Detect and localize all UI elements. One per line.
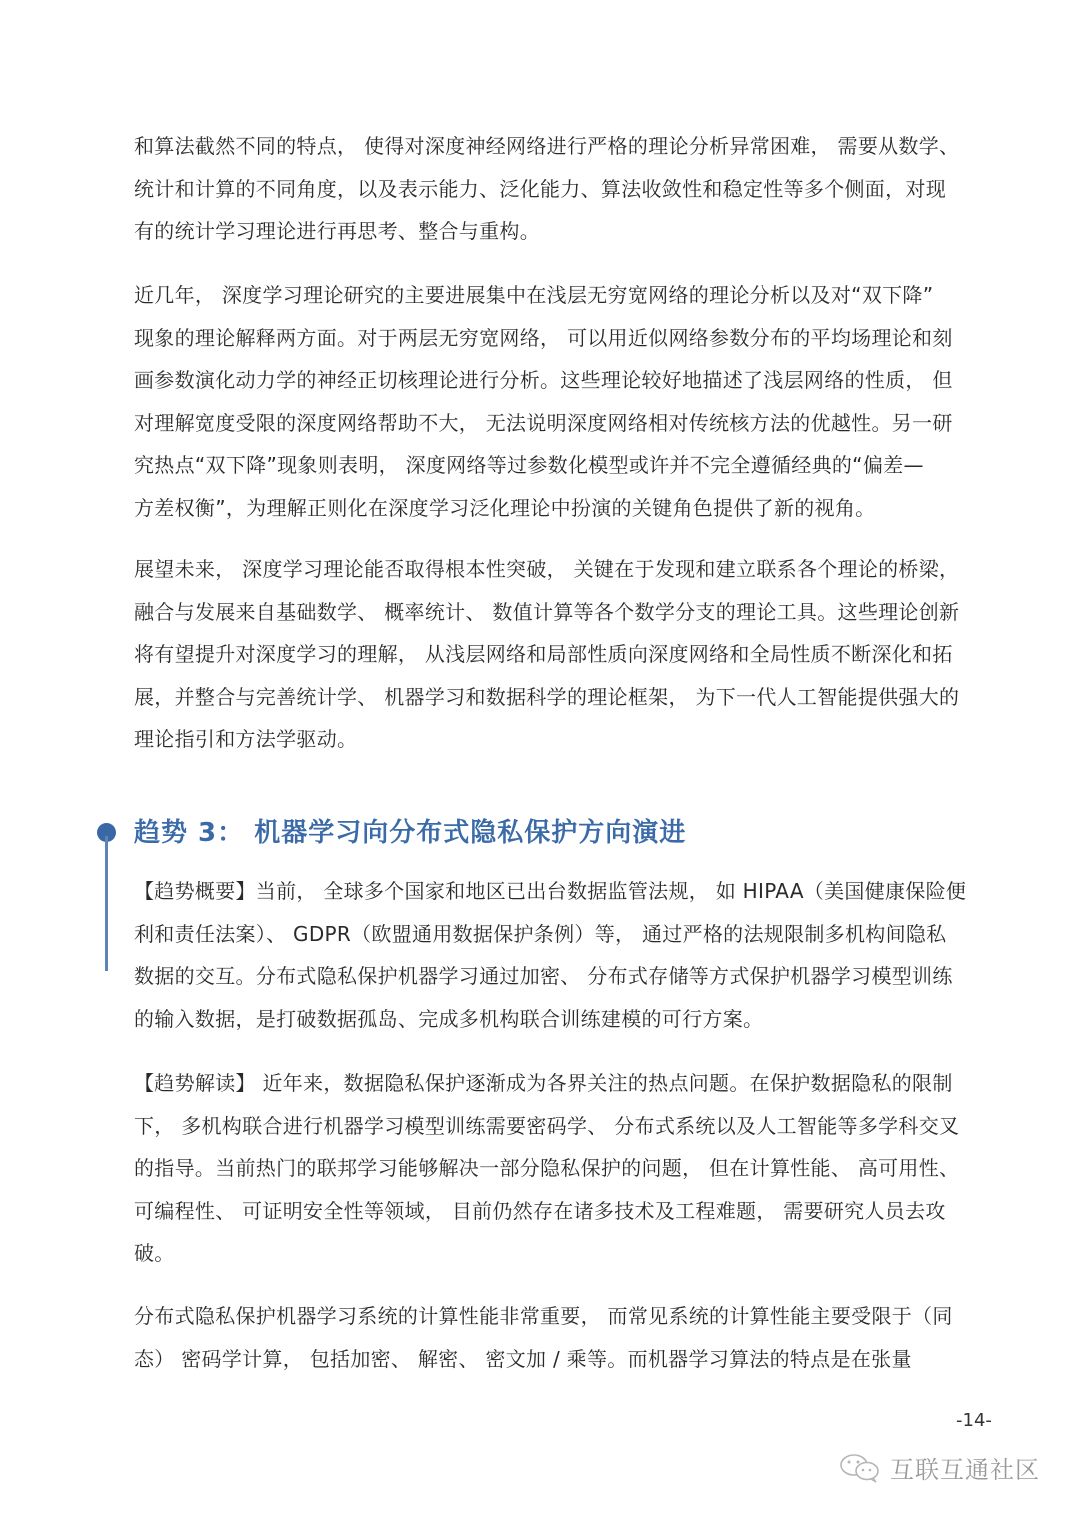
text-line: 态） 密码学计算， 包括加密、 解密、 密文加 / 乘等。而机器学习算法的特点是…: [134, 1338, 980, 1381]
wechat-icon: [838, 1452, 882, 1484]
text-line: 融合与发展来自基础数学、 概率统计、 数值计算等各个数学分支的理论工具。这些理论…: [134, 591, 980, 634]
text-line: 分布式隐私保护机器学习系统的计算性能非常重要， 而常见系统的计算性能主要受限于（…: [134, 1295, 980, 1338]
text-line: 展，并整合与完善统计学、 机器学习和数据科学的理论框架， 为下一代人工智能提供强…: [134, 676, 980, 719]
text-line: 究热点“双下降”现象则表明， 深度网络等过参数化模型或许并不完全遵循经典的“偏差…: [134, 444, 980, 487]
text-line: 可编程性、 可证明安全性等领域， 目前仍然存在诸多技术及工程难题， 需要研究人员…: [134, 1190, 980, 1233]
text-line: 方差权衡”，为理解正则化在深度学习泛化理论中扮演的关键角色提供了新的视角。: [134, 487, 980, 530]
text-line: 展望未来， 深度学习理论能否取得根本性突破， 关键在于发现和建立联系各个理论的桥…: [134, 548, 980, 591]
watermark-text: 互联互通社区: [890, 1450, 1040, 1485]
text-line: 将有望提升对深度学习的理解， 从浅层网络和局部性质向深度网络和全局性质不断深化和…: [134, 633, 980, 676]
text-line: 【趋势概要】当前， 全球多个国家和地区已出台数据监管法规， 如 HIPAA（美国…: [134, 870, 980, 913]
watermark: 互联互通社区: [838, 1450, 1040, 1485]
text-line: 【趋势解读】 近年来，数据隐私保护逐渐成为各界关注的热点问题。在保护数据隐私的限…: [134, 1062, 980, 1105]
paragraph-theory-difficulty: 和算法截然不同的特点， 使得对深度神经网络进行严格的理论分析异常困难， 需要从数…: [134, 125, 980, 253]
text-line: 现象的理论解释两方面。对于两层无穷宽网络， 可以用近似网络参数分布的平均场理论和…: [134, 317, 980, 360]
text-line: 近几年， 深度学习理论研究的主要进展集中在浅层无穷宽网络的理论分析以及对“双下降…: [134, 274, 980, 317]
paragraph-recent-progress: 近几年， 深度学习理论研究的主要进展集中在浅层无穷宽网络的理论分析以及对“双下降…: [134, 274, 980, 529]
text-line: 有的统计学习理论进行再思考、整合与重构。: [134, 210, 980, 253]
text-line: 理论指引和方法学驱动。: [134, 718, 980, 761]
text-line: 利和责任法案）、 GDPR（欧盟通用数据保护条例）等， 通过严格的法规限制多机构…: [134, 913, 980, 956]
paragraph-trend-interpretation: 【趋势解读】 近年来，数据隐私保护逐渐成为各界关注的热点问题。在保护数据隐私的限…: [134, 1062, 980, 1275]
text-line: 数据的交互。分布式隐私保护机器学习通过加密、 分布式存储等方式保护机器学习模型训…: [134, 955, 980, 998]
page-number: -14-: [956, 1410, 992, 1431]
paragraph-compute-performance: 分布式隐私保护机器学习系统的计算性能非常重要， 而常见系统的计算性能主要受限于（…: [134, 1295, 980, 1380]
text-line: 的指导。当前热门的联邦学习能够解决一部分隐私保护的问题， 但在计算性能、 高可用…: [134, 1147, 980, 1190]
text-line: 画参数演化动力学的神经正切核理论进行分析。这些理论较好地描述了浅层网络的性质， …: [134, 359, 980, 402]
section-heading: 趋势 3： 机器学习向分布式隐私保护方向演进: [134, 812, 686, 849]
text-line: 对理解宽度受限的深度网络帮助不大， 无法说明深度网络相对传统核方法的优越性。另一…: [134, 402, 980, 445]
timeline-bar: [105, 836, 108, 971]
text-line: 的输入数据，是打破数据孤岛、完成多机构联合训练建模的可行方案。: [134, 998, 980, 1041]
text-line: 统计和计算的不同角度，以及表示能力、泛化能力、算法收敛性和稳定性等多个侧面，对现: [134, 168, 980, 211]
text-line: 破。: [134, 1232, 980, 1275]
text-line: 下， 多机构联合进行机器学习模型训练需要密码学、 分布式系统以及人工智能等多学科…: [134, 1105, 980, 1148]
paragraph-trend-summary: 【趋势概要】当前， 全球多个国家和地区已出台数据监管法规， 如 HIPAA（美国…: [134, 870, 980, 1040]
text-line: 和算法截然不同的特点， 使得对深度神经网络进行严格的理论分析异常困难， 需要从数…: [134, 125, 980, 168]
paragraph-outlook: 展望未来， 深度学习理论能否取得根本性突破， 关键在于发现和建立联系各个理论的桥…: [134, 548, 980, 761]
